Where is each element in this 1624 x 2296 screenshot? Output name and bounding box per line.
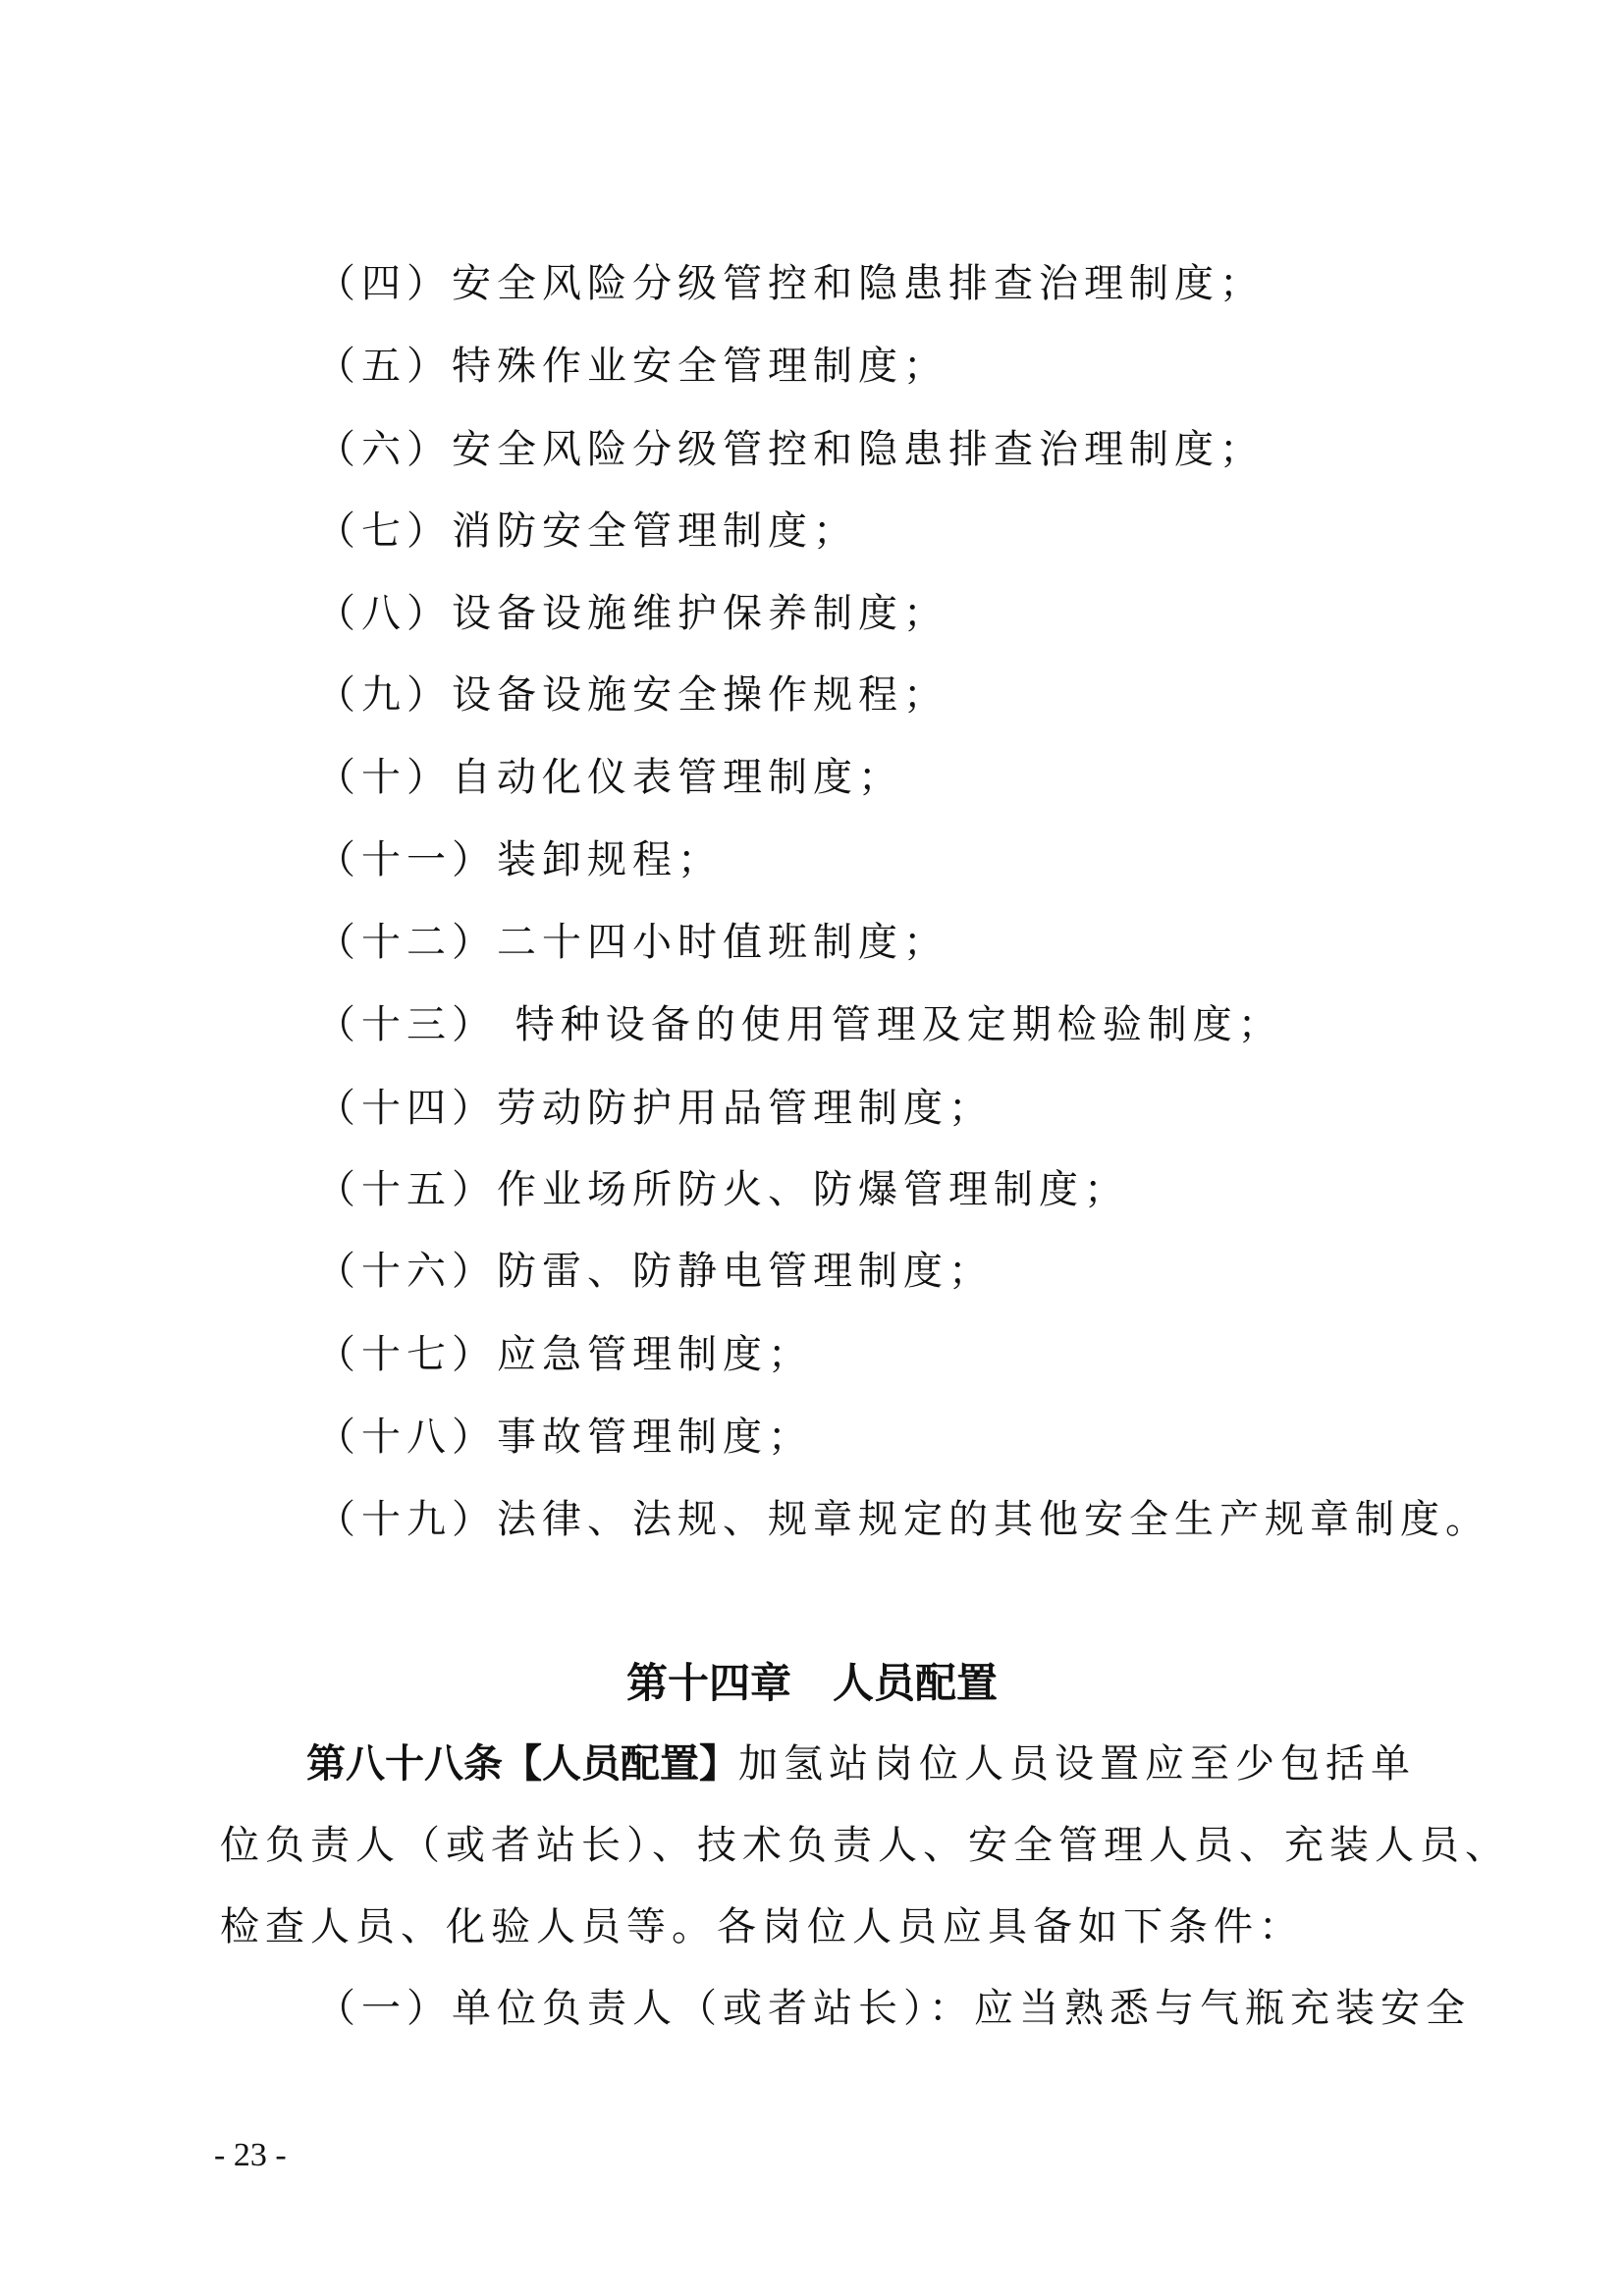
list-item: （四）安全风险分级管控和隐患排查治理制度； <box>316 260 1265 307</box>
list-item: （十二）二十四小时值班制度； <box>316 919 948 966</box>
list-item: （十三） 特种设备的使用管理及定期检验制度； <box>316 1001 1283 1048</box>
article-first-line: 第八十八条【人员配置】加氢站岗位人员设置应至少包括单 <box>306 1740 1416 1788</box>
list-item: （八）设备设施维护保养制度； <box>316 590 948 637</box>
list-item: （五）特殊作业安全管理制度； <box>316 343 948 390</box>
list-item: （十）自动化仪表管理制度； <box>316 754 903 801</box>
chapter-heading: 第十四章 人员配置 <box>0 1659 1624 1708</box>
list-item: （十五）作业场所防火、防爆管理制度； <box>316 1166 1129 1213</box>
article-line: 检查人员、化验人员等。各岗位人员应具备如下条件： <box>220 1903 1304 1950</box>
list-item: （九）设备设施安全操作规程； <box>316 671 948 719</box>
list-item: （十一）装卸规程； <box>316 836 723 883</box>
article-line: 位负责人（或者站长）、技术负责人、安全管理人员、充装人员、 <box>220 1822 1510 1869</box>
page-number: - 23 - <box>214 2136 287 2175</box>
list-item: （六）安全风险分级管控和隐患排查治理制度； <box>316 426 1265 473</box>
list-item: （十八）事故管理制度； <box>316 1414 813 1461</box>
list-item: （十四）劳动防护用品管理制度； <box>316 1085 994 1132</box>
article-title: 第八十八条【人员配置】 <box>306 1741 738 1787</box>
list-item: （七）消防安全管理制度； <box>316 507 858 555</box>
article-text: 加氢站岗位人员设置应至少包括单 <box>738 1741 1416 1787</box>
list-item: （十七）应急管理制度； <box>316 1331 813 1378</box>
list-item: （十六）防雷、防静电管理制度； <box>316 1248 994 1295</box>
list-item: （十九）法律、法规、规章规定的其他安全生产规章制度。 <box>316 1496 1490 1543</box>
sub-item: （一）单位负责人（或者站长）：应当熟悉与气瓶充装安全 <box>316 1985 1471 2032</box>
